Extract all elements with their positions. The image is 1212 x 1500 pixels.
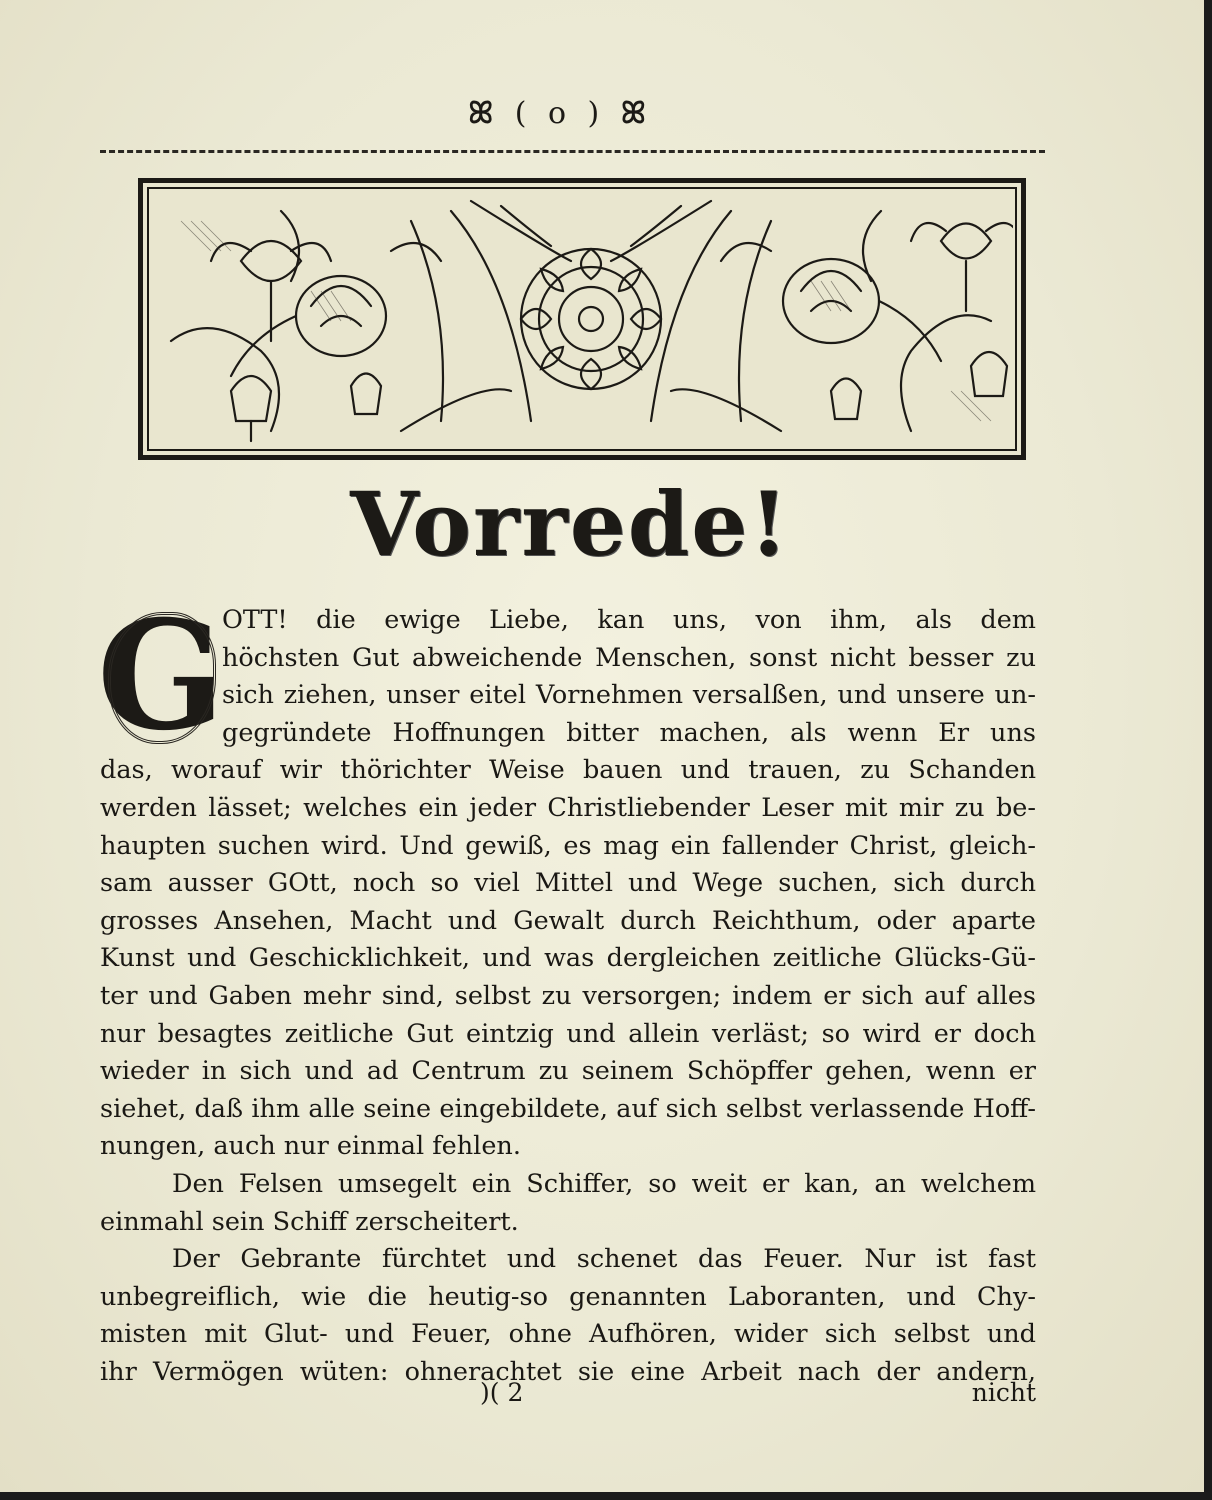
text-line: höchsten Gut abweichende Menschen, sonst… [222, 640, 1036, 678]
signature-mark: )( 2 [480, 1378, 523, 1407]
text-line: werden lässet; welches ein jeder Christl… [100, 790, 1036, 828]
running-header: ꕤ ( o ) ꕤ [0, 96, 1120, 131]
text-line: misten mit Glut- und Feuer, ohne Aufhöre… [100, 1316, 1036, 1354]
text-line: Kunst und Geschicklichkeit, und was derg… [100, 940, 1036, 978]
header-ornament-right-icon: ꕤ [621, 96, 652, 131]
header-ornament-left-icon: ꕤ [468, 96, 499, 131]
page-title: Vorrede! [0, 472, 1140, 576]
text-line: grosses Ansehen, Macht und Gewalt durch … [100, 903, 1036, 941]
floral-ornament-icon [151, 191, 1013, 447]
paragraph-2: Den Felsen umsegelt ein Schiffer, so wei… [100, 1166, 1036, 1241]
header-rule [100, 150, 1045, 153]
drop-cap: G [100, 606, 222, 746]
text-line: einmahl sein Schiff zerscheitert. [100, 1204, 1036, 1242]
text-line: nungen, auch nur einmal fehlen. [100, 1128, 1036, 1166]
scan-edge-bottom [0, 1492, 1212, 1500]
text-line: Den Felsen umsegelt ein Schiffer, so wei… [100, 1166, 1036, 1204]
text-line: OTT! die ewige Liebe, kan uns, von ihm, … [222, 602, 1036, 640]
text-line: unbegreiflich, wie die heutig-so genannt… [100, 1279, 1036, 1317]
page-footer: )( 2 nicht [100, 1378, 1036, 1418]
catchword: nicht [972, 1378, 1036, 1407]
paragraph-3: Der Gebrante fürchtet und schenet das Fe… [100, 1241, 1036, 1391]
text-line: sam ausser GOtt, noch so viel Mittel und… [100, 865, 1036, 903]
text-line: wieder in sich und ad Centrum zu seinem … [100, 1053, 1036, 1091]
text-line: haupten suchen wird. Und gewiß, es mag e… [100, 828, 1036, 866]
text-line: das, worauf wir thörichter Weise bauen u… [100, 752, 1036, 790]
body-text: G OTT! die ewige Liebe, kan uns, von ihm… [100, 602, 1036, 1391]
text-line: sich ziehen, unser eitel Vornehmen versa… [222, 677, 1036, 715]
text-line: ter und Gaben mehr sind, selbst zu verso… [100, 978, 1036, 1016]
text-line: siehet, daß ihm alle seine eingebildete,… [100, 1091, 1036, 1129]
page-number: ( o ) [515, 96, 606, 131]
book-page: ꕤ ( o ) ꕤ [0, 0, 1204, 1492]
paragraph-1: OTT! die ewige Liebe, kan uns, von ihm, … [100, 602, 1036, 1166]
scan-edge-right [1204, 0, 1212, 1500]
text-line: nur besagtes zeitliche Gut eintzig und a… [100, 1016, 1036, 1054]
text-line: gegründete Hoffnungen bitter machen, als… [222, 715, 1036, 753]
text-line: Der Gebrante fürchtet und schenet das Fe… [100, 1241, 1036, 1279]
floral-headpiece [138, 178, 1026, 460]
